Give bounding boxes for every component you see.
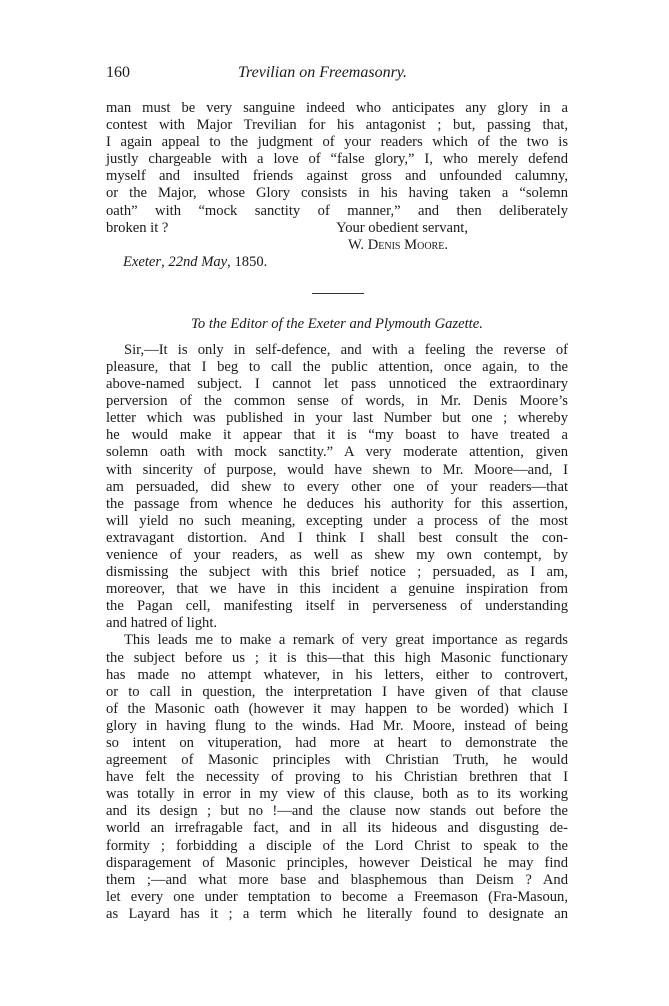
text-line: the passage from whence he deduces his a… <box>106 496 568 513</box>
text-line: justly chargeable with a love of “false … <box>106 151 568 168</box>
text-line: or the Major, whose Glory consists in hi… <box>106 185 568 202</box>
page-number: 160 <box>106 64 130 82</box>
text-line: venience of your readers, as well as she… <box>106 547 568 564</box>
running-title: Trevilian on Freemasonry. <box>238 64 407 82</box>
page-body: man must be very sanguine indeed who ant… <box>106 100 568 923</box>
text-line: formity ; forbidding a disciple of the L… <box>106 838 568 855</box>
dateline: Exeter, 22nd May, 1850. <box>106 254 568 273</box>
text-line: agreement of Masonic principles with Chr… <box>106 752 568 769</box>
valediction: Your obedient servant, <box>336 220 568 237</box>
text-line: he would make it appear that it is “my b… <box>106 427 568 444</box>
text-line: of the Masonic oath (however it may happ… <box>106 701 568 718</box>
text-line: will yield no such meaning, excepting un… <box>106 513 568 530</box>
text-line: with sincerity of purpose, would have sh… <box>106 462 568 479</box>
letter-moore: man must be very sanguine indeed who ant… <box>106 100 568 273</box>
paragraph-1: Sir,—It is only in self-defence, and wit… <box>106 342 568 633</box>
text-line: glory in having flung to the winds. Had … <box>106 718 568 735</box>
letter-heading: To the Editor of the Exeter and Plymouth… <box>106 316 568 342</box>
text-line: the Pagan cell, manifesting itself in pe… <box>106 598 568 615</box>
text-line: disparagement of Masonic principles, how… <box>106 855 568 872</box>
dateline-place: Exeter <box>123 254 161 270</box>
text-line: so intent on vituperation, had more at h… <box>106 735 568 752</box>
text-line: as Layard has it ; a term which he liter… <box>106 906 568 923</box>
book-page: 160 Trevilian on Freemasonry. man must b… <box>106 64 568 923</box>
text-line: and hatred of light. <box>106 615 568 632</box>
paragraph-2: This leads me to make a remark of very g… <box>106 632 568 923</box>
text-line: man must be very sanguine indeed who ant… <box>106 100 568 117</box>
text-line: has made no attempt whatever, in his let… <box>106 667 568 684</box>
letter-trevilian: Sir,—It is only in self-defence, and wit… <box>106 342 568 923</box>
text-line: them ;—and what more base and blasphemou… <box>106 872 568 889</box>
text-line: pleasure, that I beg to call the public … <box>106 359 568 376</box>
text-line: solemn oath with mock sanctity.” A very … <box>106 444 568 461</box>
text-line: oath” with “mock sanctity of manner,” an… <box>106 203 568 220</box>
dateline-date: 22nd May <box>168 254 227 270</box>
closing-line: broken it ? Your obedient servant, <box>106 220 568 237</box>
text-line: am persuaded, did shew to every other on… <box>106 479 568 496</box>
text-line: above-named subject. I cannot let pass u… <box>106 376 568 393</box>
text-line: moreover, that we have in this incident … <box>106 581 568 598</box>
dateline-year: 1850. <box>234 254 267 270</box>
closing-question: broken it ? <box>106 220 168 237</box>
text-line: contest with Major Trevilian for his ant… <box>106 117 568 134</box>
text-line: was totally in error in my view of this … <box>106 786 568 803</box>
text-line: have felt the necessity of proving to hi… <box>106 769 568 786</box>
text-line: I again appeal to the judgment of your r… <box>106 134 568 151</box>
text-line: world an irrefragable fact, and in all i… <box>106 820 568 837</box>
text-line: perversion of the common sense of words,… <box>106 393 568 410</box>
signature: W. Denis Moore. <box>106 237 568 254</box>
text-line: or to call in question, the interpretati… <box>106 684 568 701</box>
text-line: and its design ; but no !—and the clause… <box>106 803 568 820</box>
text-line: This leads me to make a remark of very g… <box>106 632 568 649</box>
text-line: dismissing the subject with this brief n… <box>106 564 568 581</box>
text-line: extravagant distortion. And I think I sh… <box>106 530 568 547</box>
text-line: Sir,—It is only in self-defence, and wit… <box>106 342 568 359</box>
text-line: letter which was published in your last … <box>106 410 568 427</box>
section-divider <box>312 293 364 294</box>
text-line: let every one under temptation to become… <box>106 889 568 906</box>
running-head: 160 Trevilian on Freemasonry. <box>106 64 568 86</box>
text-line: myself and insulted friends against gros… <box>106 168 568 185</box>
text-line: the subject before us ; it is this—that … <box>106 650 568 667</box>
